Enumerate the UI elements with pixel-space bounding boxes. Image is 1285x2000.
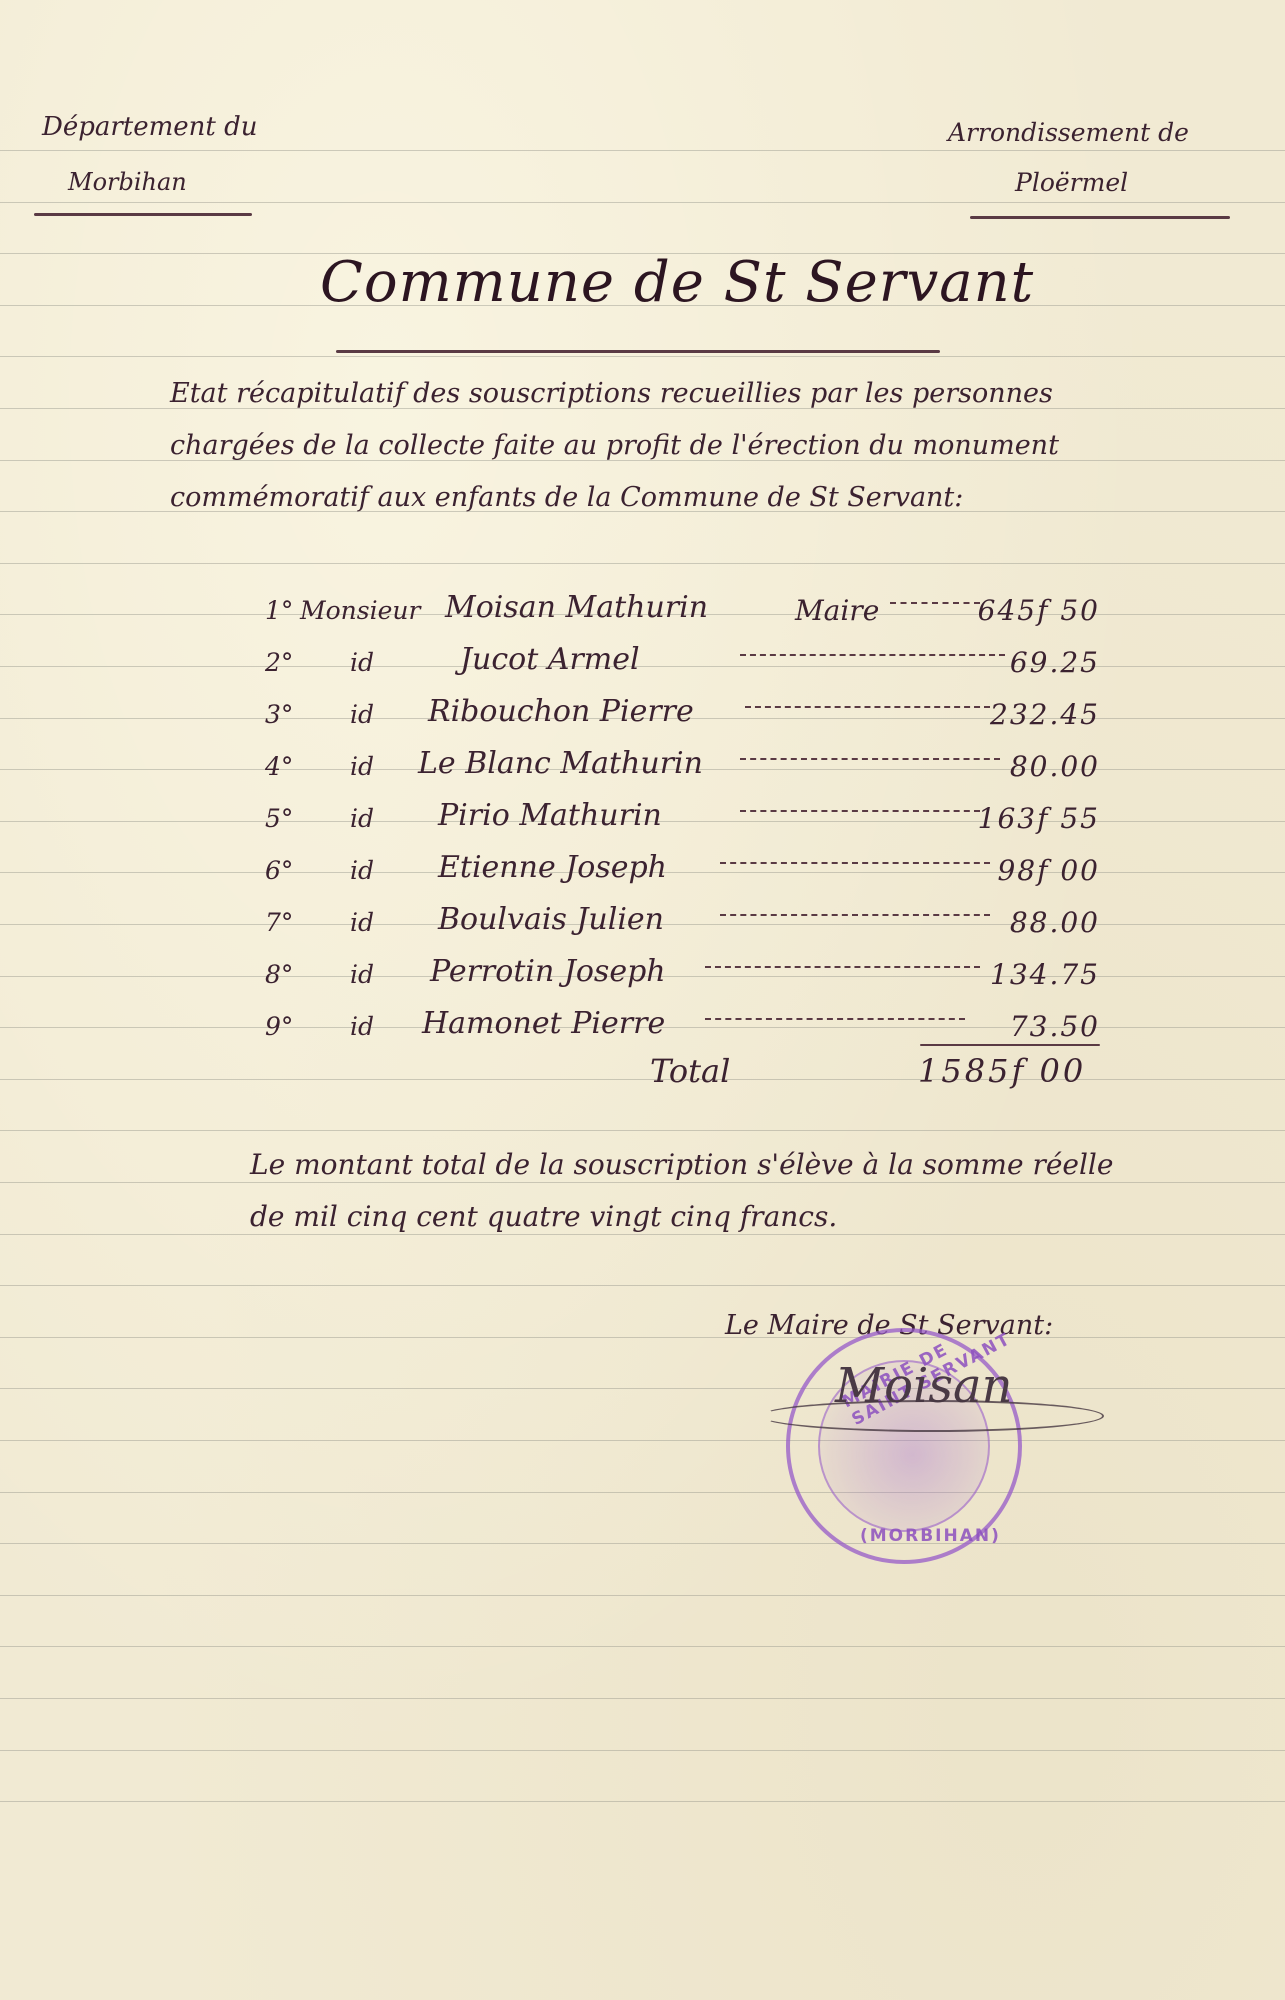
list-item: 8° id Perrotin Joseph 134.75 <box>240 952 1120 998</box>
ruled-line <box>0 1595 1285 1596</box>
item-number: 7° <box>265 908 293 937</box>
ruled-line <box>0 1337 1285 1338</box>
arrondissement-underline <box>970 216 1230 219</box>
item-title: id <box>350 700 374 729</box>
department-label: Département du <box>42 112 258 142</box>
total-rule <box>920 1044 1100 1046</box>
item-name: Ribouchon Pierre <box>428 694 694 729</box>
arrondissement-name: Ploërmel <box>1015 168 1128 197</box>
ruled-line <box>0 1750 1285 1751</box>
item-number: 8° <box>265 960 293 989</box>
item-title: id <box>350 960 374 989</box>
item-title: id <box>350 1012 374 1041</box>
ruled-line <box>0 356 1285 357</box>
ruled-line <box>0 1440 1285 1441</box>
item-amount: 134.75 <box>990 958 1100 991</box>
ruled-line <box>0 1234 1285 1235</box>
leader-dots <box>890 600 980 604</box>
ruled-line <box>0 1079 1285 1080</box>
item-amount: 645f 50 <box>978 594 1100 627</box>
item-number: 1° <box>265 596 293 625</box>
item-number: 4° <box>265 752 293 781</box>
item-number: 6° <box>265 856 293 885</box>
list-item: 2° id Jucot Armel 69.25 <box>240 640 1120 686</box>
arrondissement-label: Arrondissement de <box>948 118 1189 147</box>
leader-dots <box>705 1016 965 1020</box>
list-item: 7° id Boulvais Julien 88.00 <box>240 900 1120 946</box>
department-name: Morbihan <box>68 168 187 196</box>
list-item: 4° id Le Blanc Mathurin 80.00 <box>240 744 1120 790</box>
intro-line-3: commémoratif aux enfants de la Commune d… <box>170 482 963 513</box>
intro-line-1: Etat récapitulatif des souscriptions rec… <box>170 378 1053 409</box>
intro-line-2: chargées de la collecte faite au profit … <box>170 430 1059 461</box>
item-amount: 69.25 <box>1010 646 1100 679</box>
leader-dots <box>740 756 1000 760</box>
list-item: 1° Monsieur Moisan Mathurin Maire 645f 5… <box>240 588 1120 634</box>
list-item: 3° id Ribouchon Pierre 232.45 <box>240 692 1120 738</box>
ruled-line <box>0 1285 1285 1286</box>
item-amount: 163f 55 <box>978 802 1100 835</box>
leader-dots <box>740 808 980 812</box>
item-name: Boulvais Julien <box>438 902 664 937</box>
leader-dots <box>720 912 990 916</box>
ruled-line <box>0 1543 1285 1544</box>
leader-dots <box>740 652 1005 656</box>
page-title: Commune de St Servant <box>320 250 1034 315</box>
title-underline <box>336 350 940 353</box>
leader-dots <box>720 860 990 864</box>
item-number: 9° <box>265 1012 293 1041</box>
item-number: 2° <box>265 648 293 677</box>
stamp-bottom-text: (MORBIHAN) <box>860 1526 1001 1546</box>
list-item: 6° id Etienne Joseph 98f 00 <box>240 848 1120 894</box>
item-amount: 80.00 <box>1010 750 1100 783</box>
item-number: 3° <box>265 700 293 729</box>
item-amount: 232.45 <box>990 698 1100 731</box>
item-name: Jucot Armel <box>460 642 640 677</box>
ruled-line <box>0 1646 1285 1647</box>
ruled-line <box>0 1801 1285 1802</box>
signature-flourish <box>760 1400 1104 1432</box>
ruled-line <box>0 1182 1285 1183</box>
ruled-line <box>0 1492 1285 1493</box>
list-item: 5° id Pirio Mathurin 163f 55 <box>240 796 1120 842</box>
item-name: Pirio Mathurin <box>438 798 662 833</box>
item-name: Moisan Mathurin <box>445 590 708 625</box>
item-name: Hamonet Pierre <box>422 1006 665 1041</box>
item-title: id <box>350 908 374 937</box>
ruled-line <box>0 1698 1285 1699</box>
leader-dots <box>745 704 990 708</box>
conclusion-line-1: Le montant total de la souscription s'él… <box>250 1148 1113 1181</box>
item-amount: 98f 00 <box>997 854 1100 887</box>
ruled-line <box>0 1388 1285 1389</box>
item-amount: 88.00 <box>1010 906 1100 939</box>
item-title: id <box>350 752 374 781</box>
total-value: 1585f 00 <box>918 1052 1086 1090</box>
item-number: 5° <box>265 804 293 833</box>
item-title: id <box>350 856 374 885</box>
item-title: Monsieur <box>300 596 420 625</box>
ruled-line <box>0 150 1285 151</box>
item-title: id <box>350 804 374 833</box>
item-name: Etienne Joseph <box>438 850 667 885</box>
conclusion-line-2: de mil cinq cent quatre vingt cinq franc… <box>250 1200 837 1233</box>
ruled-line <box>0 202 1285 203</box>
item-role: Maire <box>795 594 879 627</box>
item-amount: 73.50 <box>1010 1010 1100 1043</box>
ruled-line <box>0 563 1285 564</box>
ruled-line <box>0 1130 1285 1131</box>
item-title: id <box>350 648 374 677</box>
department-underline <box>34 213 252 216</box>
leader-dots <box>705 964 980 968</box>
item-name: Le Blanc Mathurin <box>418 746 703 781</box>
item-name: Perrotin Joseph <box>430 954 666 989</box>
total-label: Total <box>650 1052 730 1090</box>
